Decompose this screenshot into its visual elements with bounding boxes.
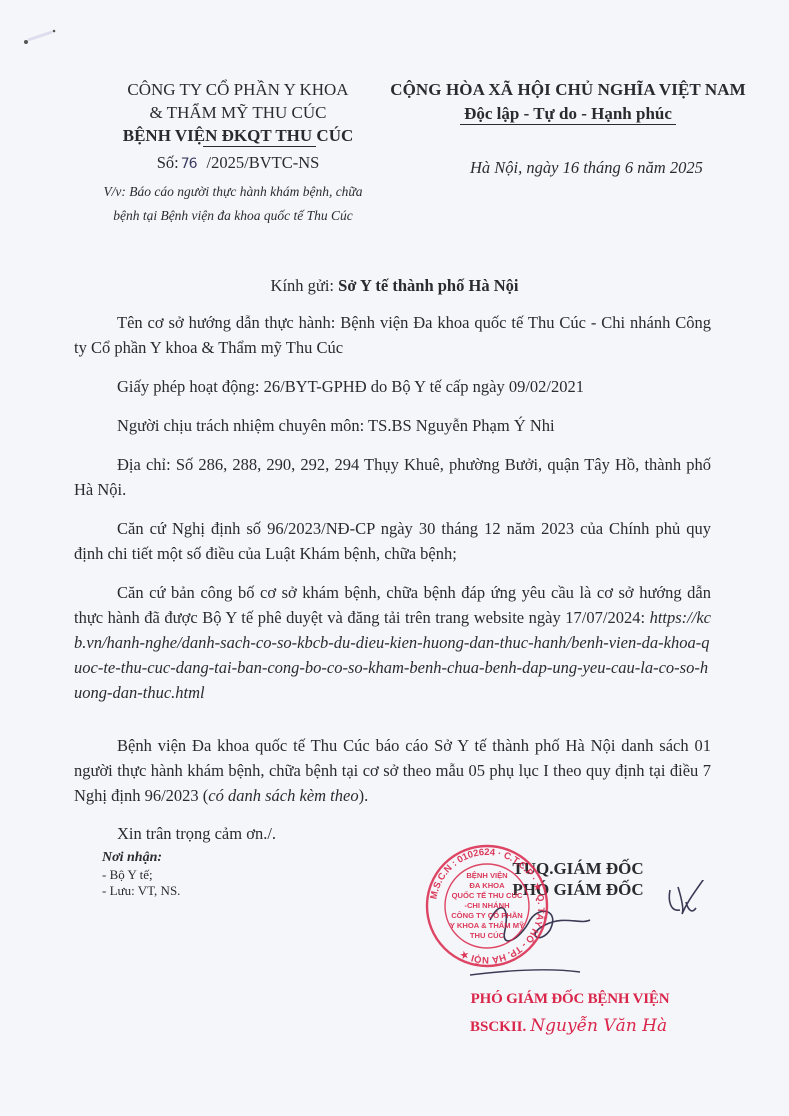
nation-name: CỘNG HÒA XÃ HỘI CHỦ NGHĨA VIỆT NAM <box>378 78 758 101</box>
svg-text:ĐA KHOA: ĐA KHOA <box>469 881 505 890</box>
report-text: Bệnh viện Đa khoa quốc tế Thu Cúc báo cá… <box>74 736 711 805</box>
recipients-block: Nơi nhận: - Bộ Y tế; - Lưu: VT, NS. <box>102 850 180 900</box>
paragraph-responsible: Người chịu trách nhiệm chuyên môn: TS.BS… <box>74 413 711 438</box>
svg-text:Y KHOA & THẨM MỸ: Y KHOA & THẨM MỸ <box>450 921 524 930</box>
svg-text:QUỐC TẾ THU CÚC: QUỐC TẾ THU CÚC <box>452 890 523 900</box>
doc-number-prefix: Số: <box>157 153 179 172</box>
hospital-underline <box>203 146 316 147</box>
report-attachment-note: có danh sách kèm theo <box>208 786 358 805</box>
svg-text:-CHI NHÁNH: -CHI NHÁNH <box>464 901 509 910</box>
place-date: Hà Nội, ngày 16 tháng 6 năm 2025 <box>470 158 703 178</box>
signer-name-line: BSCKII.Nguyễn Văn Hà <box>470 1016 667 1036</box>
report-end: ). <box>359 786 369 805</box>
greeting-prefix: Kính gửi: <box>271 276 339 295</box>
signer-name: Nguyễn Văn Hà <box>530 1016 667 1036</box>
issuer-header: CÔNG TY CỔ PHẦN Y KHOA & THẨM MỸ THU CÚC… <box>78 78 398 177</box>
scan-specks <box>0 0 200 80</box>
paragraph-facility: Tên cơ sở hướng dẫn thực hành: Bệnh viện… <box>74 310 711 360</box>
greeting-recipient: Sở Y tế thành phố Hà Nội <box>338 276 518 295</box>
paragraph-license: Giấy phép hoạt động: 26/BYT-GPHĐ do Bộ Y… <box>74 374 711 399</box>
recipient-item: - Lưu: VT, NS. <box>102 883 180 900</box>
company-name-line2: & THẨM MỸ THU CÚC <box>78 101 398 124</box>
svg-text:THU CÚC: THU CÚC <box>470 931 505 940</box>
national-header: CỘNG HÒA XÃ HỘI CHỦ NGHĨA VIỆT NAM Độc l… <box>378 78 758 127</box>
official-stamp-icon: M.S.C.N : 0102624 · C.T.C.P · ★ Q. TÂY H… <box>424 843 550 969</box>
document-number: Số:76/2025/BVTC-NS <box>78 150 398 177</box>
doc-number-handwritten: 76 <box>181 151 197 177</box>
national-motto: Độc lập - Tự do - Hạnh phúc <box>378 101 758 127</box>
subject-line: V/v: Báo cáo người thực hành khám bệnh, … <box>88 180 378 228</box>
signer-title: PHÓ GIÁM ĐỐC BỆNH VIỆN <box>470 991 670 1008</box>
closing: Xin trân trọng cảm ơn./. <box>74 821 711 846</box>
recipient-item: - Bộ Y tế; <box>102 867 180 884</box>
signer-degree: BSCKII. <box>470 1019 526 1035</box>
svg-text:BỆNH VIỆN: BỆNH VIỆN <box>466 871 507 880</box>
subject-line-1: V/v: Báo cáo người thực hành khám bệnh, … <box>88 180 378 204</box>
motto-text: Độc lập - Tự do - Hạnh phúc <box>460 104 676 125</box>
hospital-name: BỆNH VIỆN ĐKQT THU CÚC <box>78 124 398 148</box>
recipients-heading: Nơi nhận: <box>102 850 180 867</box>
doc-number-suffix: /2025/BVTC-NS <box>207 153 320 172</box>
paragraph-report: Bệnh viện Đa khoa quốc tế Thu Cúc báo cá… <box>74 733 711 808</box>
hospital-name-text: BỆNH VIỆN ĐKQT THU CÚC <box>123 126 354 145</box>
svg-text:CÔNG TY CỔ PHẦN: CÔNG TY CỔ PHẦN <box>451 910 523 920</box>
subject-line-2: bệnh tại Bệnh viện đa khoa quốc tế Thu C… <box>88 204 378 228</box>
document-page: CÔNG TY CỔ PHẦN Y KHOA & THẨM MỸ THU CÚC… <box>0 0 789 1116</box>
paragraph-basis-publication: Căn cứ bản công bố cơ sở khám bệnh, chữa… <box>74 580 711 705</box>
company-name-line1: CÔNG TY CỔ PHẦN Y KHOA <box>78 78 398 101</box>
publication-text: Căn cứ bản công bố cơ sở khám bệnh, chữa… <box>74 583 711 627</box>
paragraph-basis-decree: Căn cứ Nghị định số 96/2023/NĐ-CP ngày 3… <box>74 516 711 566</box>
greeting: Kính gửi: Sở Y tế thành phố Hà Nội <box>0 276 789 296</box>
paragraph-address: Địa chỉ: Số 286, 288, 290, 292, 294 Thụy… <box>74 452 711 502</box>
